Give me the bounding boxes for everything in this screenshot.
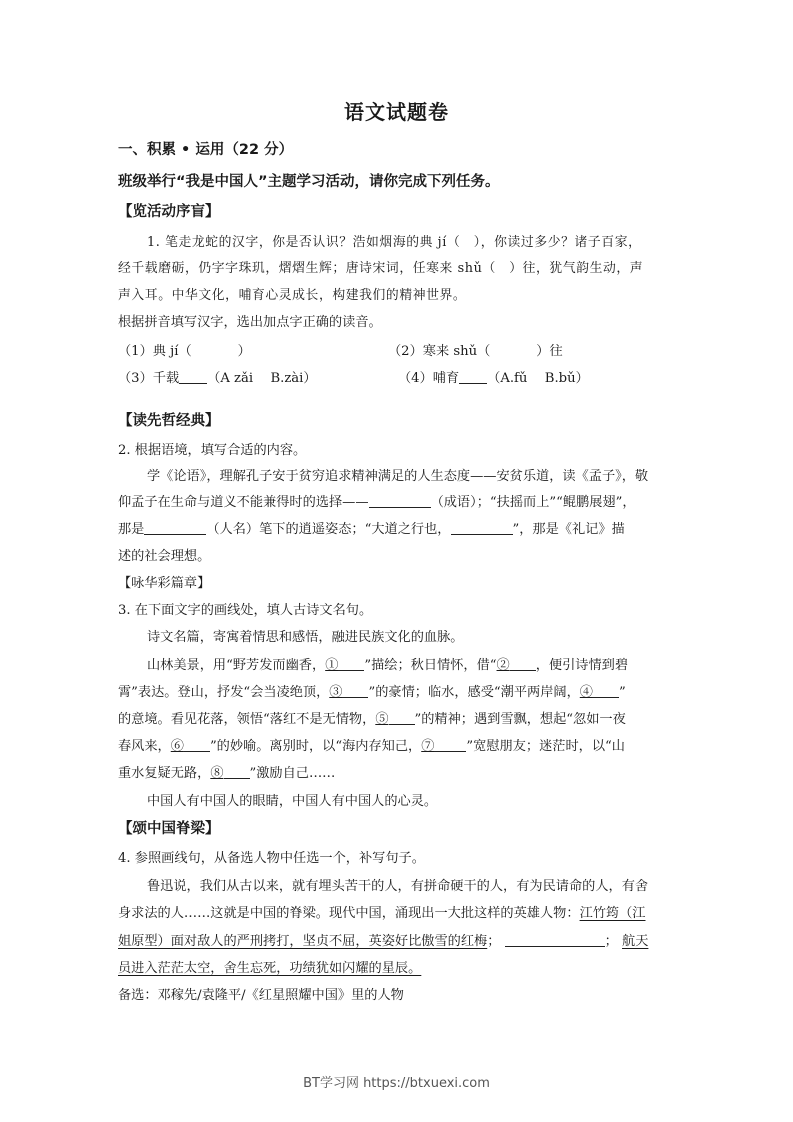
- text: 霄”表达。登山，抒发“会当凌绝顶，: [118, 685, 329, 700]
- q4-line: 员进入茫茫太空，舍生忘死，功绩犹如闪耀的星辰。: [118, 959, 421, 979]
- part1-heading: 【览活动序盲】: [118, 202, 220, 222]
- q3-line: 重水复疑无路，⑧”激励自己……: [118, 764, 335, 784]
- footer-watermark: BT学习网 https://btxuexi.com: [0, 1072, 793, 1091]
- q3-paragraph: 诗文名篇，寄寓着情思和感悟，融进民族文化的血脉。: [147, 628, 464, 648]
- q4-options: 备选：邓稼先/袁隆平/《红星照耀中国》里的人物: [118, 986, 404, 1006]
- page-title: 语文试题卷: [0, 96, 793, 125]
- q2-line: 学《论语》，理解孔子安于贫穷追求精神满足的人生态度——安贫乐道，读《孟子》，敬: [147, 467, 648, 487]
- answer-blank-quote[interactable]: [451, 520, 513, 535]
- q2-line: 仰孟子在生命与道义不能兼得时的选择——（成语）；“扶摇而上”“鲲鹏展翅”，: [118, 493, 636, 513]
- exam-page: 语文试题卷 一、积累 • 运用（22 分） 班级举行“我是中国人”主题学习活动，…: [0, 0, 793, 1122]
- answer-blank-2[interactable]: [510, 656, 536, 671]
- section-heading: 一、积累 • 运用（22 分）: [118, 140, 293, 160]
- text: 重水复疑无路，: [118, 766, 210, 781]
- answer-blank[interactable]: [459, 369, 487, 384]
- item-label: （2）寒来 shǔ（: [388, 344, 490, 359]
- underlined-example: 姐原型）面对敌人的严刑拷打，坚贞不屈，英姿好比傲雪的红梅: [118, 934, 487, 949]
- item-options: （A.fǔ B.bǔ）: [487, 371, 589, 386]
- blank-number: ⑧: [210, 766, 223, 781]
- answer-blank-3[interactable]: [342, 683, 368, 698]
- blank-number: ⑦: [421, 739, 434, 754]
- q3-stem: 3. 在下面文字的画线处，填人古诗文名句。: [118, 601, 372, 621]
- text: ，便引诗情到碧: [536, 658, 628, 673]
- answer-blank-6[interactable]: [184, 737, 210, 752]
- text: ；: [487, 934, 500, 949]
- q1-line: 声入耳。中华文化，哺育心灵成长，构建我们的精神世界。: [118, 286, 466, 306]
- blank-number: ②: [497, 658, 510, 673]
- text: （成语）；“扶摇而上”“鲲鹏展翅”，: [431, 495, 636, 510]
- blank-number: ①: [325, 658, 338, 673]
- part2-heading: 【读先哲经典】: [118, 411, 220, 431]
- q1-item-2: （2）寒来 shǔ（）往: [388, 342, 563, 362]
- text: 仰孟子在生命与道义不能兼得时的选择——: [118, 495, 369, 510]
- q4-line: 身求法的人……这就是中国的脊梁。现代中国，涌现出一大批这样的英雄人物：江竹筠（江: [118, 904, 646, 924]
- q3-line: 霄”表达。登山，抒发“会当凌绝顶，③”的豪情；临水，感受“潮平两岸阔，④”: [118, 683, 626, 703]
- item-label: （3）千载: [118, 371, 179, 386]
- blank-number: ⑤: [375, 712, 388, 727]
- q4-stem: 4. 参照画线句，从备选人物中任选一个，补写句子。: [118, 849, 425, 869]
- text: ”的精神；遇到雪飘，想起“忽如一夜: [415, 712, 626, 727]
- blank-number: ⑥: [171, 739, 184, 754]
- q3-line: 山林美景，用“野芳发而幽香，①”描绘；秋日情怀，借“②，便引诗情到碧: [147, 656, 628, 676]
- text: 身求法的人……这就是中国的脊梁。现代中国，涌现出一大批这样的英雄人物：: [118, 906, 580, 921]
- q1-item-1: （1）典 jí（）: [118, 342, 251, 362]
- text: 春风来，: [118, 739, 171, 754]
- blank-number: ④: [580, 685, 593, 700]
- answer-blank-4[interactable]: [593, 683, 619, 698]
- text: 的意境。看见花落，领悟“落红不是无情物，: [118, 712, 375, 727]
- q2-line: 述的社会理想。: [118, 547, 210, 567]
- text: 山林美景，用“野芳发而幽香，: [147, 658, 325, 673]
- q1-item-3: （3）千载（A zǎi B.zài）: [118, 369, 317, 389]
- underlined-example: 江竹筠（江: [580, 906, 646, 921]
- answer-blank-sentence[interactable]: [505, 932, 605, 947]
- answer-blank-7[interactable]: [434, 737, 466, 752]
- answer-blank-name[interactable]: [144, 520, 206, 535]
- part3-heading: 【咏华彩篇章】: [118, 574, 210, 594]
- item-label: （1）典 jí（: [118, 344, 192, 359]
- item-label: （4）哺育: [398, 371, 459, 386]
- text: ”的豪情；临水，感受“潮平两岸阔，: [368, 685, 579, 700]
- text: ”的妙喻。离别时，以“海内存知己，: [210, 739, 421, 754]
- answer-blank[interactable]: [179, 369, 207, 384]
- q2-stem: 2. 根据语境，填写合适的内容。: [118, 441, 306, 461]
- answer-blank-5[interactable]: [389, 710, 415, 725]
- answer-blank-8[interactable]: [224, 764, 250, 779]
- item-options: （A zǎi B.zài）: [207, 371, 316, 386]
- q3-line: 的意境。看见花落，领悟“落红不是无情物，⑤”的精神；遇到雪飘，想起“忽如一夜: [118, 710, 626, 730]
- text: ”描绘；秋日情怀，借“: [364, 658, 496, 673]
- part4-heading: 【颂中国脊梁】: [118, 819, 220, 839]
- item-end: ）: [238, 344, 251, 359]
- text: ”宽慰朋友；迷茫时，以“山: [466, 739, 625, 754]
- underlined-example: 员进入茫茫太空，舍生忘死，功绩犹如闪耀的星辰。: [118, 961, 421, 976]
- q1-instruction: 根据拼音填写汉字，选出加点字正确的读音。: [118, 313, 382, 333]
- answer-blank-1[interactable]: [338, 656, 364, 671]
- text: ”，那是《礼记》描: [513, 522, 625, 537]
- text: ；: [605, 934, 618, 949]
- q4-line: 鲁迅说，我们从古以来，就有埋头苦干的人，有拼命硬干的人，有为民请命的人，有舍: [147, 877, 648, 897]
- text: （人名）笔下的逍遥姿态；“大道之行也，: [206, 522, 450, 537]
- section-intro: 班级举行“我是中国人”主题学习活动，请你完成下列任务。: [118, 172, 500, 192]
- text: ”: [619, 685, 626, 700]
- q1-item-4: （4）哺育（A.fǔ B.bǔ）: [398, 369, 589, 389]
- q1-line: 1. 笔走龙蛇的汉字，你是否认识？浩如烟海的典 jí（ ），你读过多少？诸子百家…: [147, 233, 642, 253]
- q3-paragraph: 中国人有中国人的眼睛，中国人有中国人的心灵。: [147, 792, 437, 812]
- q4-line: 姐原型）面对敌人的严刑拷打，坚贞不屈，英姿好比傲雪的红梅； ； 航天: [118, 932, 648, 952]
- underlined-example: 航天: [622, 934, 648, 949]
- q3-line: 春风来，⑥”的妙喻。离别时，以“海内存知己，⑦”宽慰朋友；迷茫时，以“山: [118, 737, 625, 757]
- answer-blank-idiom[interactable]: [369, 493, 431, 508]
- text: ”激励自己……: [250, 766, 336, 781]
- q1-line: 经千载磨砺，仍字字珠玑，熠熠生辉；唐诗宋词，任寒来 shǔ（ ）往，犹气韵生动，…: [118, 259, 643, 279]
- q2-line: 那是（人名）笔下的逍遥姿态；“大道之行也，”，那是《礼记》描: [118, 520, 625, 540]
- text: 那是: [118, 522, 144, 537]
- blank-number: ③: [329, 685, 342, 700]
- item-end: ）往: [536, 344, 562, 359]
